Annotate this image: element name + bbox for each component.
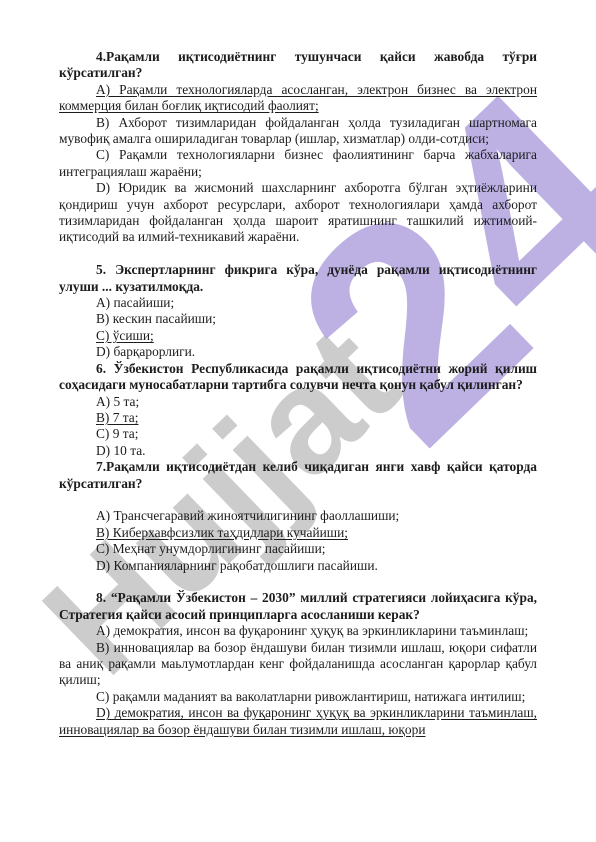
question-title: 7.Рақамли иқтисодиётдан келиб чиқадиган … bbox=[59, 459, 537, 492]
answer-option: D) 10 та. bbox=[59, 443, 537, 459]
answer-option: А) пасайиши; bbox=[59, 295, 537, 311]
document-page: Hujjat 24 4.Рақамли иқтисодиётнинг тушун… bbox=[0, 0, 596, 842]
answer-option: А) демократия, инсон ва фуқаронинг ҳуқуқ… bbox=[59, 623, 537, 639]
question-title: 8. “Рақамли Ўзбекистон – 2030” миллий ст… bbox=[59, 590, 537, 623]
answer-option: D) Юридик ва жисмоний шахсларнинг ахборо… bbox=[59, 180, 537, 246]
answer-option: В) кескин пасайиши; bbox=[59, 311, 537, 327]
answer-option: В) Киберхавфсизлик таҳдидлари кучайиши; bbox=[59, 525, 537, 541]
answer-option: С) рақамли маданият ва ваколатларни риво… bbox=[59, 689, 537, 705]
answer-option: А) Рақамли технологияларда асосланган, э… bbox=[59, 82, 537, 115]
answer-option: С) Рақамли технологияларни бизнес фаолия… bbox=[59, 147, 537, 180]
question-block: 5. Экспертларнинг фикрига кўра, дунёда р… bbox=[59, 262, 537, 360]
answer-option: D) барқарорлиги. bbox=[59, 344, 537, 360]
questions-container: 4.Рақамли иқтисодиётнинг тушунчаси қайси… bbox=[59, 49, 537, 738]
question-block: 6. Ўзбекистон Республикасида рақамли иқт… bbox=[59, 361, 537, 459]
answer-option: С) ўсиши; bbox=[59, 328, 537, 344]
question-block: 4.Рақамли иқтисодиётнинг тушунчаси қайси… bbox=[59, 49, 537, 246]
answer-option: D) Компанияларнинг рақобатдошлиги пасайи… bbox=[59, 558, 537, 574]
answer-option: D) демократия, инсон ва фуқаронинг ҳуқуқ… bbox=[59, 705, 537, 738]
answer-option: В) инновациялар ва бозор ёндашуви билан … bbox=[59, 640, 537, 689]
answer-option: В) 7 та; bbox=[59, 410, 537, 426]
question-block: 7.Рақамли иқтисодиётдан келиб чиқадиган … bbox=[59, 459, 537, 574]
question-block: 8. “Рақамли Ўзбекистон – 2030” миллий ст… bbox=[59, 590, 537, 738]
answer-option: С) 9 та; bbox=[59, 426, 537, 442]
answer-option: А) Трансчегаравий жиноятчилигининг фаолл… bbox=[59, 508, 537, 524]
question-title: 5. Экспертларнинг фикрига кўра, дунёда р… bbox=[59, 262, 537, 295]
answer-option: А) 5 та; bbox=[59, 394, 537, 410]
question-title: 6. Ўзбекистон Республикасида рақамли иқт… bbox=[59, 361, 537, 394]
answer-option: В) Ахборот тизимларидан фойдаланган ҳолд… bbox=[59, 115, 537, 148]
answer-option: С) Меҳнат унумдорлигининг пасайиши; bbox=[59, 541, 537, 557]
question-title: 4.Рақамли иқтисодиётнинг тушунчаси қайси… bbox=[59, 49, 537, 82]
